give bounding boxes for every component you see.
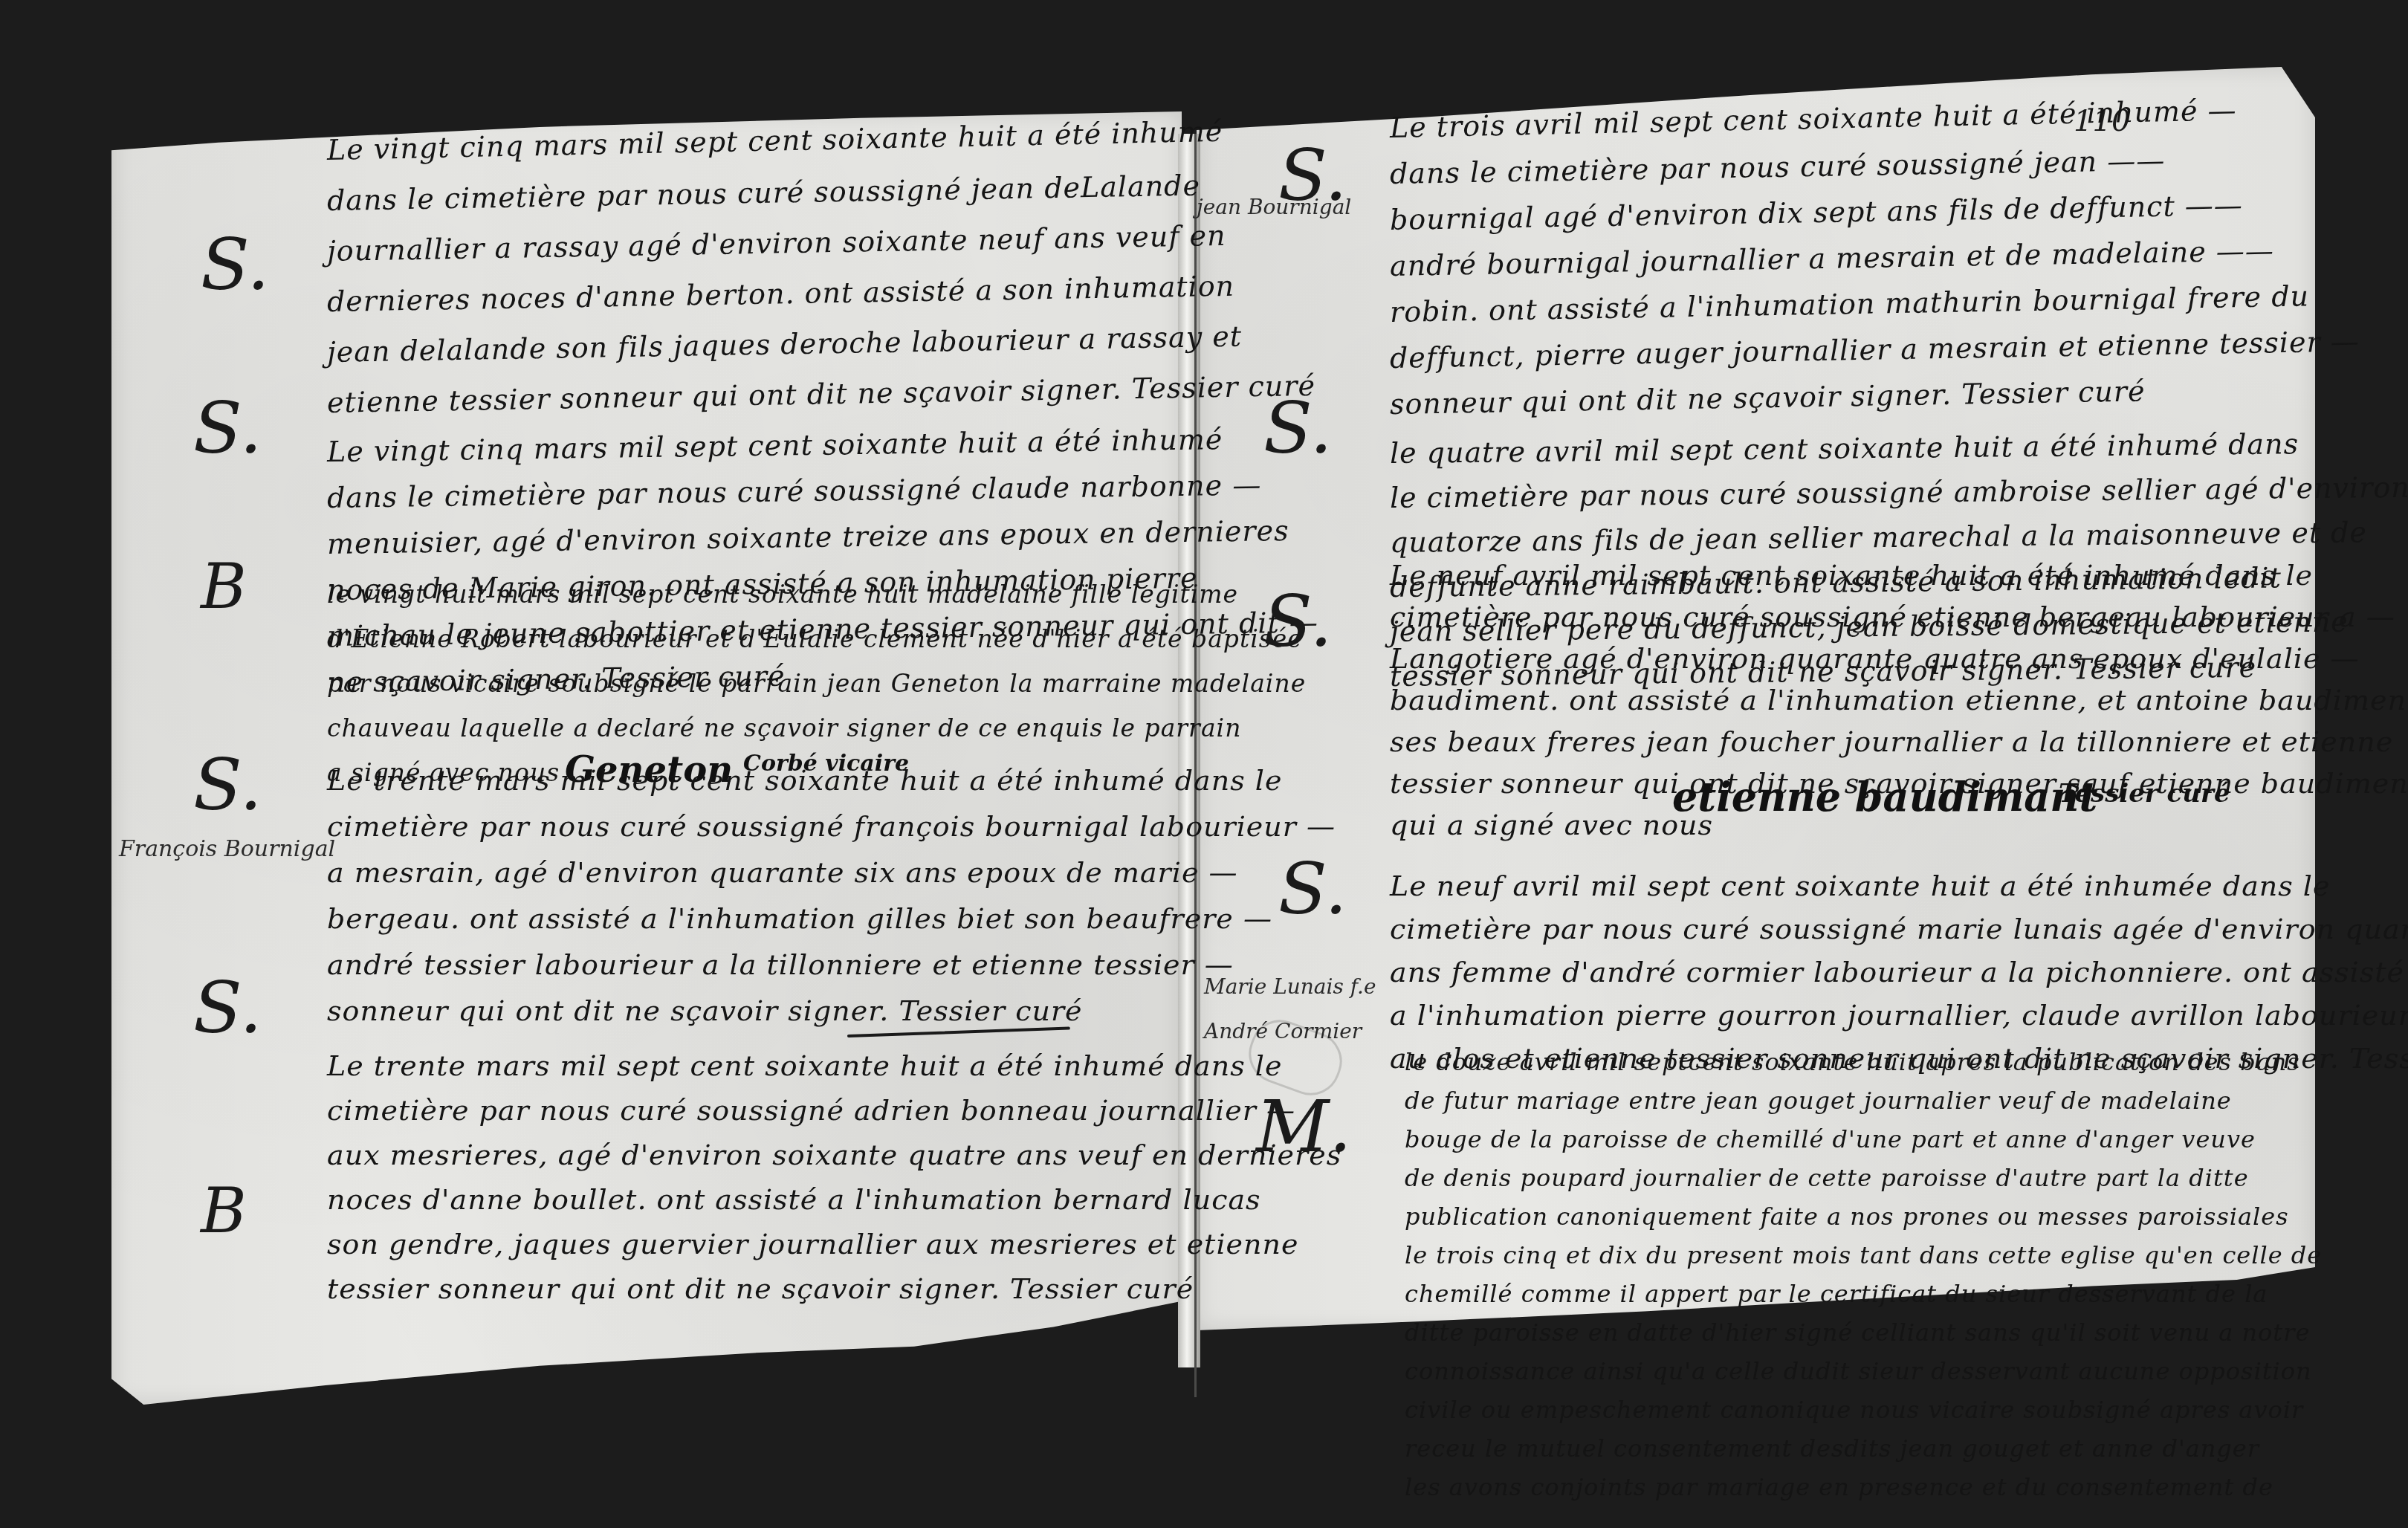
- book-gutter: [1178, 134, 1200, 1367]
- margin-mark-burial: S.: [1263, 386, 1333, 470]
- margin-mark-burial: S.: [1263, 580, 1333, 663]
- entry-line: a mesrain, agé d'environ quarante six an…: [327, 856, 1237, 889]
- entry-line: d'Etienne Robert labourieur et d'Eulalie…: [327, 624, 1303, 653]
- entry-line: Le neuf avril mil sept cent soixante hui…: [1390, 559, 2313, 592]
- entry-line: ses beaux freres jean foucher journallie…: [1390, 725, 2393, 758]
- margin-mark-burial: S.: [193, 743, 262, 826]
- margin-name-jean-bournigal: jean Bournigal: [1197, 195, 1351, 219]
- margin-mark-burial: S.: [193, 386, 262, 470]
- entry-line: andré tessier labourieur a la tillonnier…: [327, 948, 1234, 981]
- entry-line: les avons conjoints par mariage en prese…: [1405, 1473, 2273, 1501]
- margin-mark-baptism: B: [201, 1174, 247, 1247]
- entry-line: ans femme d'andré cormier labourieur a l…: [1390, 956, 2404, 988]
- margin-name-francois-bournigal: François Bournigal: [119, 836, 335, 862]
- entry-line: connoissance ainsi qu'a celle dudit sieu…: [1405, 1357, 2312, 1385]
- entry-line: son gendre, jaques guervier journallier …: [327, 1228, 1298, 1260]
- entry-line: de futur mariage entre jean gouget journ…: [1405, 1087, 2232, 1115]
- entry-line: tessier sonneur qui ont dit ne sçavoir s…: [327, 1272, 1194, 1305]
- margin-mark-marriage: M.: [1256, 1085, 1352, 1168]
- entry-line: Le trente mars mil sept cent soixante hu…: [327, 764, 1282, 797]
- entry-line: Langotiere agé d'environ quarante quatre…: [1390, 642, 2360, 675]
- margin-mark-baptism: B: [201, 550, 247, 623]
- entry-line: noces d'anne boullet. ont assisté a l'in…: [327, 1183, 1261, 1216]
- entry-line: cimetière par nous curé soussigné etienn…: [1390, 600, 2395, 633]
- entry-line: le vingt huit mars mil sept cent soixant…: [327, 580, 1238, 609]
- margin-mark-burial: S.: [193, 966, 262, 1049]
- entry-line: bergeau. ont assisté a l'inhumation gill…: [327, 902, 1272, 935]
- entry-line: cimetière par nous curé soussigné franço…: [327, 810, 1336, 843]
- entry-line: chemillé comme il appert par le certific…: [1405, 1280, 2268, 1308]
- entry-line: de denis poupard journalier de cette par…: [1405, 1164, 2249, 1192]
- signature-tessier: Tessier curé: [2059, 779, 2230, 809]
- entry-line: cimetière par nous curé soussigné adrien…: [327, 1094, 1295, 1127]
- entry-line: Le neuf avril mil sept cent soixante hui…: [1390, 870, 2331, 902]
- entry-line: aux mesrieres, agé d'environ soixante qu…: [327, 1139, 1341, 1171]
- margin-mark-burial: S.: [201, 223, 270, 306]
- entry-line: civile ou empeschement canonique nous vi…: [1405, 1396, 2303, 1424]
- margin-mark-burial: S.: [1278, 847, 1347, 930]
- entry-line: le douze avril mil septcent soixante hui…: [1405, 1048, 2300, 1076]
- signature-baudimant: etienne baudimant: [1672, 773, 2097, 820]
- entry-line: baudiment. ont assisté a l'inhumation et…: [1390, 684, 2408, 716]
- entry-line: publication canoniquement faite a nos pr…: [1405, 1202, 2289, 1231]
- entry-line: receu le mutuel consentement desdits jea…: [1405, 1434, 2259, 1463]
- entry-line: cimetière par nous curé soussigné marie …: [1390, 913, 2408, 945]
- entry-line: a l'inhumation pierre gourron journallie…: [1390, 999, 2408, 1032]
- entry-line: chauveau laquelle a declaré ne sçavoir s…: [327, 713, 1241, 742]
- entry-line: par nous vicaire soubsigné le parrain je…: [327, 669, 1306, 698]
- entry-line: bouge de la paroisse de chemillé d'une p…: [1405, 1125, 2256, 1153]
- entry-line: le trois cinq et dix du present mois tan…: [1405, 1241, 2322, 1269]
- entry-line: Le trente mars mil sept cent soixante hu…: [327, 1049, 1282, 1082]
- entry-line: sonneur qui ont dit ne sçavoir signer. T…: [327, 994, 1083, 1027]
- entry-line: ditte paroisse en datte d'hier signé cel…: [1405, 1318, 2310, 1347]
- entry-line: qui a signé avec nous: [1390, 809, 1713, 841]
